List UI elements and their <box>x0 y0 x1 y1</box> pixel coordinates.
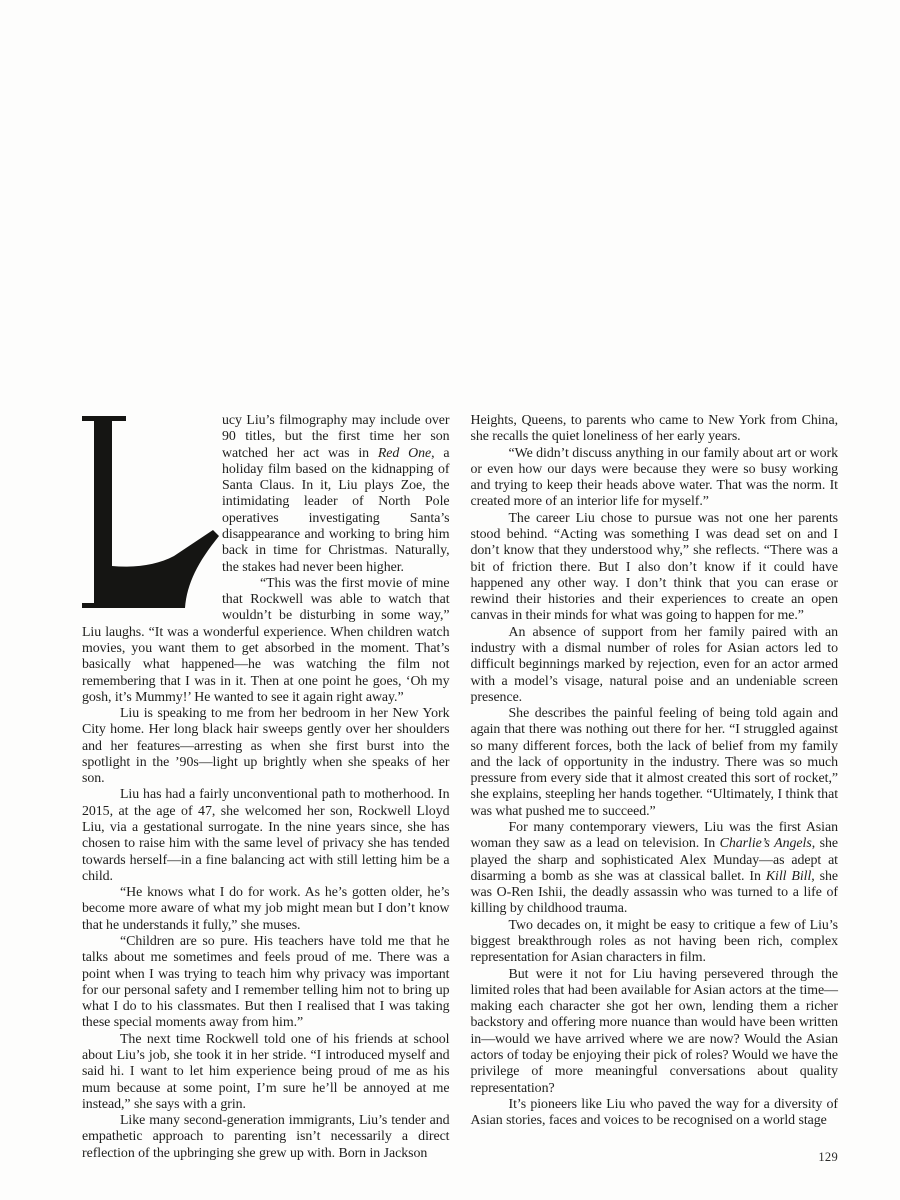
paragraph: But were it not for Liu having persevere… <box>471 967 839 1097</box>
body-text: “We didn’t discuss anything in our famil… <box>471 446 839 510</box>
paragraph: The next time Rockwell told one of his f… <box>82 1032 450 1113</box>
article-column-left: ucy Liu’s filmography may include over 9… <box>82 413 450 1162</box>
paragraph: For many contemporary viewers, Liu was t… <box>471 820 839 918</box>
page-number: 129 <box>818 1150 838 1165</box>
article-body: ucy Liu’s filmography may include over 9… <box>82 413 838 1162</box>
paragraph: “He knows what I do for work. As he’s go… <box>82 885 450 934</box>
body-text: Heights, Queens, to parents who came to … <box>471 413 839 444</box>
paragraph: Liu has had a fairly unconventional path… <box>82 787 450 885</box>
body-text: But were it not for Liu having persevere… <box>471 967 839 1096</box>
paragraph: Liu is speaking to me from her bedroom i… <box>82 706 450 787</box>
italic-title-text: Kill Bill <box>766 869 811 884</box>
body-text: Liu has had a fairly unconventional path… <box>82 787 450 883</box>
body-text: She describes the painful feeling of bei… <box>471 706 839 819</box>
article-column-right: Heights, Queens, to parents who came to … <box>471 413 839 1162</box>
italic-title-text: Charlie’s Angels <box>720 836 812 851</box>
body-text: The next time Rockwell told one of his f… <box>82 1032 450 1112</box>
body-text: The career Liu chose to pursue was not o… <box>471 511 839 624</box>
paragraph: An absence of support from her family pa… <box>471 625 839 706</box>
paragraph: “Children are so pure. His teachers have… <box>82 934 450 1032</box>
body-text: , a holiday film based on the kidnapping… <box>222 446 450 575</box>
paragraph: She describes the painful feeling of bei… <box>471 706 839 820</box>
paragraph: Heights, Queens, to parents who came to … <box>471 413 839 446</box>
paragraph: Like many second-generation immigrants, … <box>82 1113 450 1162</box>
paragraph: “We didn’t discuss anything in our famil… <box>471 446 839 511</box>
body-text: It’s pioneers like Liu who paved the way… <box>471 1097 839 1128</box>
body-text: “He knows what I do for work. As he’s go… <box>82 885 450 933</box>
paragraph: It’s pioneers like Liu who paved the way… <box>471 1097 839 1130</box>
drop-cap-letter-L <box>82 416 216 609</box>
body-text: Liu is speaking to me from her bedroom i… <box>82 706 450 786</box>
body-text: “Children are so pure. His teachers have… <box>82 934 450 1030</box>
body-text: Like many second-generation immigrants, … <box>82 1113 450 1161</box>
italic-title-text: Red One <box>378 446 431 461</box>
paragraph: Two decades on, it might be easy to crit… <box>471 918 839 967</box>
body-text: Two decades on, it might be easy to crit… <box>471 918 839 966</box>
paragraph: The career Liu chose to pursue was not o… <box>471 511 839 625</box>
body-text: An absence of support from her family pa… <box>471 625 839 705</box>
magazine-page: ucy Liu’s filmography may include over 9… <box>0 0 900 1200</box>
